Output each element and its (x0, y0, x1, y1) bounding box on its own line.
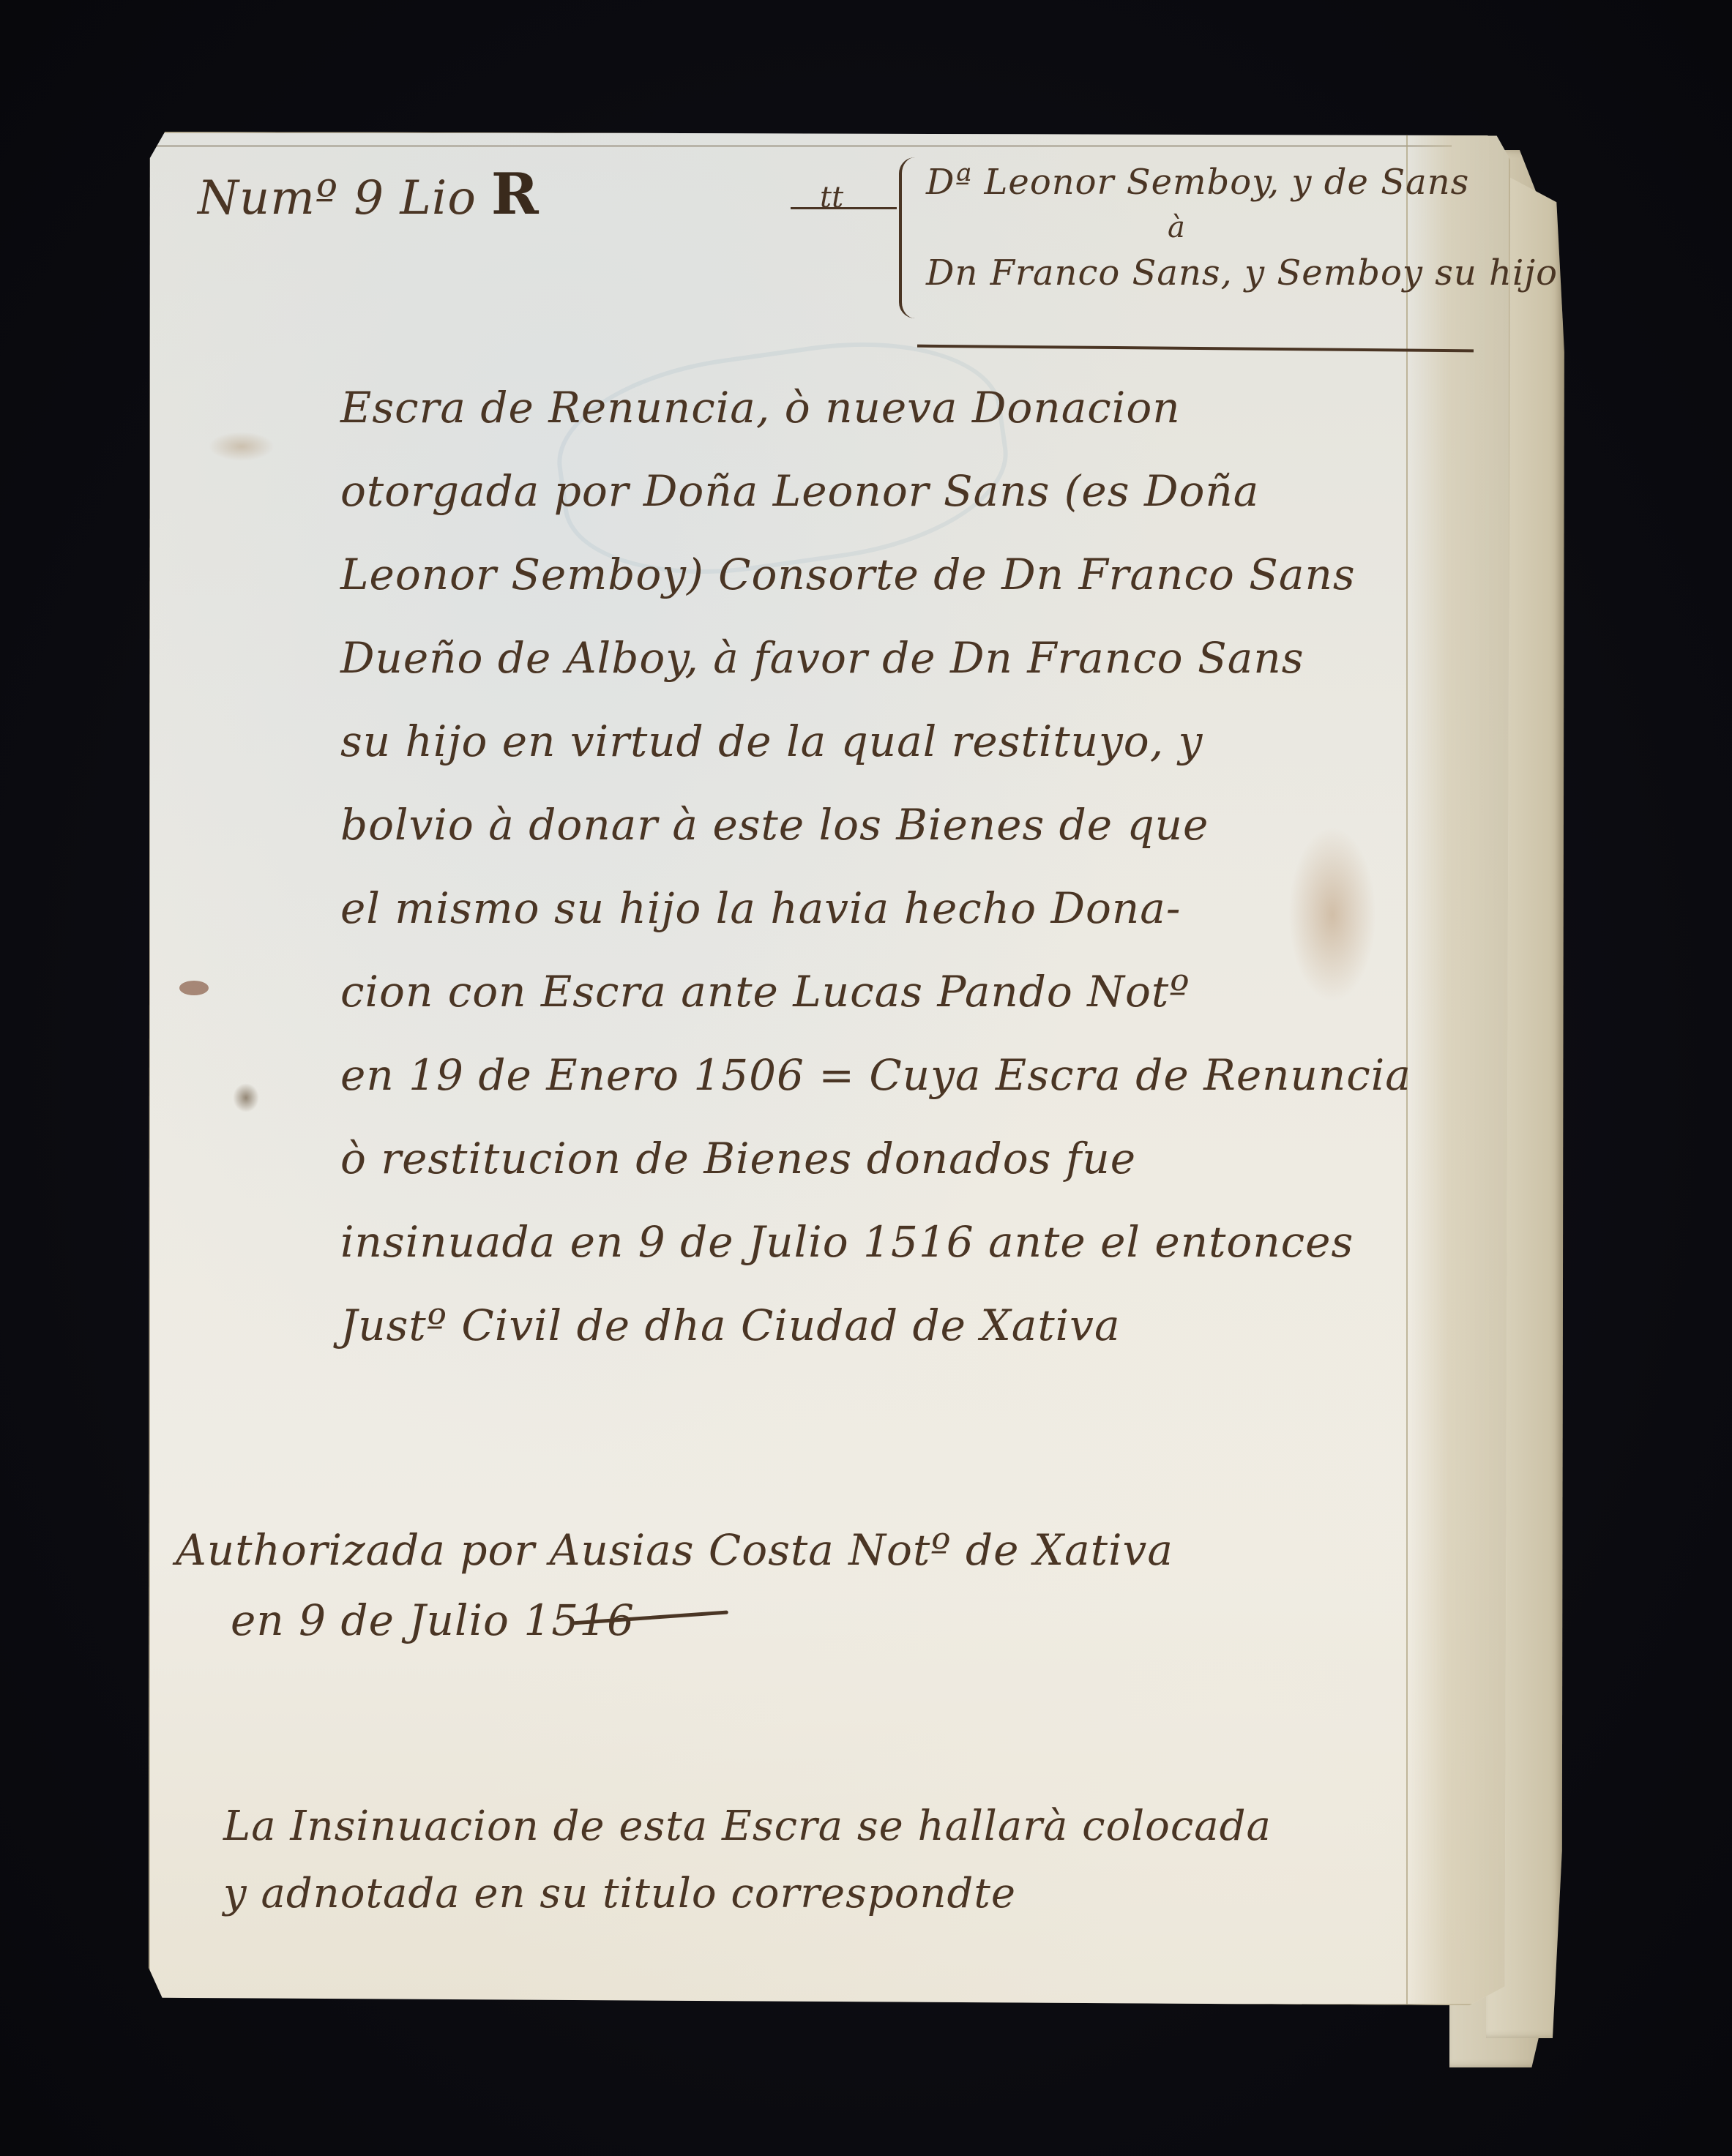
ink-blot (233, 1083, 259, 1112)
parties-block: Dª Leonor Semboy, y de Sans à Dn Franco … (926, 165, 1558, 291)
grantor-name: Dª Leonor Semboy, y de Sans (926, 165, 1558, 200)
deed-summary: Escra de Renuncia, ò nueva Donacion otor… (340, 366, 1411, 1367)
body-line: cion con Escra ante Lucas Pando Notº (340, 950, 1411, 1033)
authorization-line: en 9 de Julio 1516 (231, 1585, 1173, 1655)
body-line: otorgada por Doña Leonor Sans (es Doña (340, 449, 1411, 533)
body-line: Leonor Semboy) Consorte de Dn Franco San… (340, 533, 1411, 616)
body-line: bolvio à donar à este los Bienes de que (340, 783, 1411, 866)
note-line: y adnotada en su titulo correspondte (223, 1860, 1272, 1928)
authorization-block: Authorizada por Ausias Costa Notº de Xat… (176, 1515, 1173, 1655)
foxing-stain (209, 432, 275, 461)
grantee-name: Dn Franco Sans, y Semboy su hijo (926, 255, 1558, 291)
note-line: La Insinuacion de esta Escra se hallarà … (223, 1793, 1272, 1860)
authorization-line: Authorizada por Ausias Costa Notº de Xat… (176, 1515, 1173, 1585)
body-line: insinuada en 9 de Julio 1516 ante el ent… (340, 1200, 1411, 1284)
body-line: su hijo en virtud de la qual restituyo, … (340, 700, 1411, 783)
body-line: el mismo su hijo la havia hecho Dona- (340, 866, 1411, 950)
reference-number: Numº 9 Lio (198, 171, 477, 225)
body-line: Dueño de Alboy, à favor de Dn Franco San… (340, 616, 1411, 700)
insinuation-note: La Insinuacion de esta Escra se hallarà … (223, 1793, 1272, 1928)
stamp-letter: R (491, 161, 540, 228)
body-line: Justº Civil de dha Ciudad de Xativa (340, 1284, 1411, 1367)
body-line: en 19 de Enero 1506 = Cuya Escra de Renu… (340, 1033, 1411, 1117)
bracket-icon (899, 157, 915, 318)
cross-reference-mark: tt (791, 207, 897, 209)
parties-connector: à (1168, 213, 1558, 242)
ink-blot (179, 981, 209, 995)
body-line: ò restitucion de Bienes donados fue (340, 1117, 1411, 1200)
body-line: Escra de Renuncia, ò nueva Donacion (340, 366, 1411, 449)
mark-glyph: tt (820, 181, 843, 214)
file-reference: Numº 9 LioR (198, 161, 540, 228)
